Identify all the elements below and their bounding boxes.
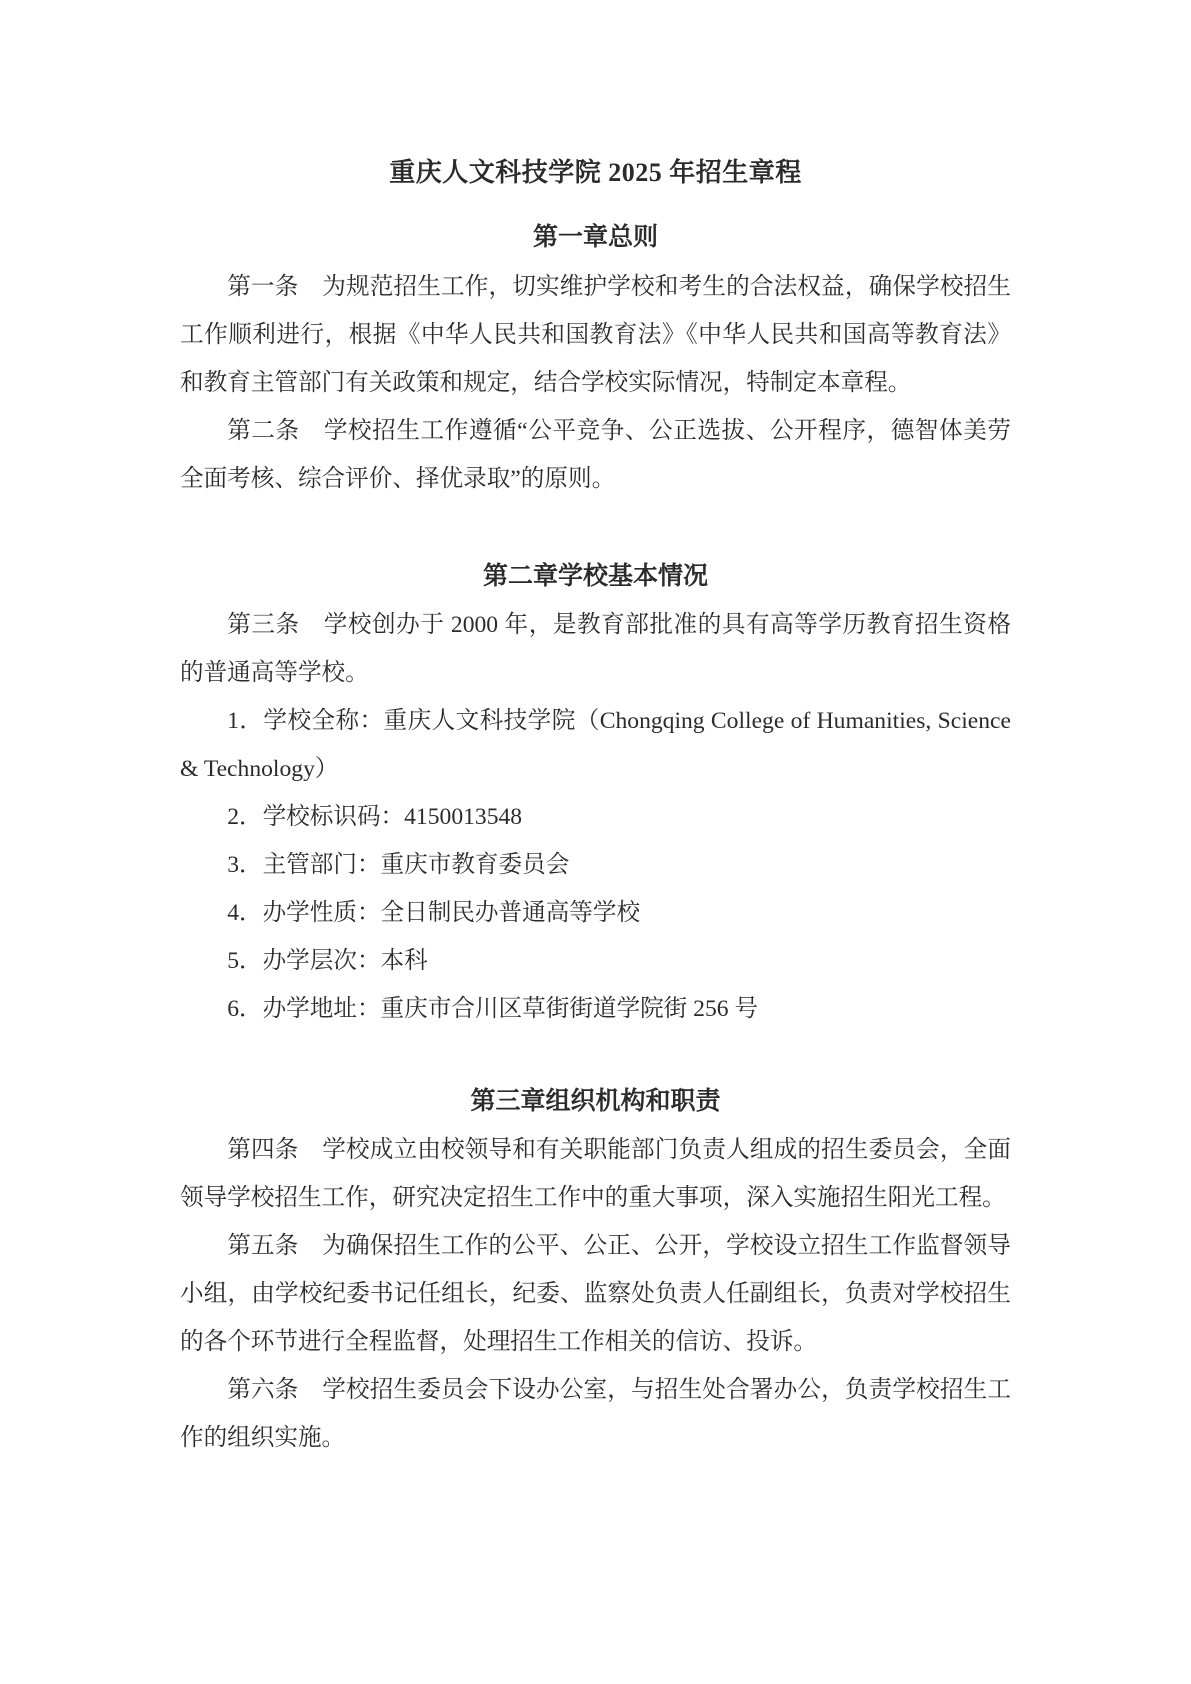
chapter-3-heading: 第三章组织机构和职责	[180, 1082, 1011, 1122]
article-6-paragraph: 第六条 学校招生委员会下设办公室，与招生处合署办公，负责学校招生工作的组织实施。	[180, 1366, 1011, 1462]
article-1-paragraph: 第一条 为规范招生工作，切实维护学校和考生的合法权益，确保学校招生工作顺利进行，…	[180, 263, 1011, 407]
article-4-paragraph: 第四条 学校成立由校领导和有关职能部门负责人组成的招生委员会，全面领导学校招生工…	[180, 1126, 1011, 1222]
list-item-school-name: 1．学校全称：重庆人文科技学院（Chongqing College of Hum…	[180, 697, 1011, 793]
article-2-paragraph: 第二条 学校招生工作遵循“公平竞争、公正选拔、公开程序，德智体美劳全面考核、综合…	[180, 407, 1011, 503]
article-3-paragraph: 第三条 学校创办于 2000 年，是教育部批准的具有高等学历教育招生资格的普通高…	[180, 601, 1011, 697]
list-item-supervisor: 3．主管部门：重庆市教育委员会	[180, 841, 1011, 889]
document-title: 重庆人文科技学院 2025 年招生章程	[180, 153, 1011, 193]
chapter-2-heading: 第二章学校基本情况	[180, 557, 1011, 597]
list-item-education-level: 5．办学层次：本科	[180, 937, 1011, 985]
chapter-1-heading: 第一章总则	[180, 218, 1011, 258]
document-page: 重庆人文科技学院 2025 年招生章程 第一章总则 第一条 为规范招生工作，切实…	[0, 0, 1191, 1684]
list-item-school-type: 4．办学性质：全日制民办普通高等学校	[180, 889, 1011, 937]
list-item-school-address: 6．办学地址：重庆市合川区草街街道学院街 256 号	[180, 985, 1011, 1033]
list-item-school-code: 2．学校标识码：4150013548	[180, 793, 1011, 841]
article-5-paragraph: 第五条 为确保招生工作的公平、公正、公开，学校设立招生工作监督领导小组，由学校纪…	[180, 1222, 1011, 1366]
